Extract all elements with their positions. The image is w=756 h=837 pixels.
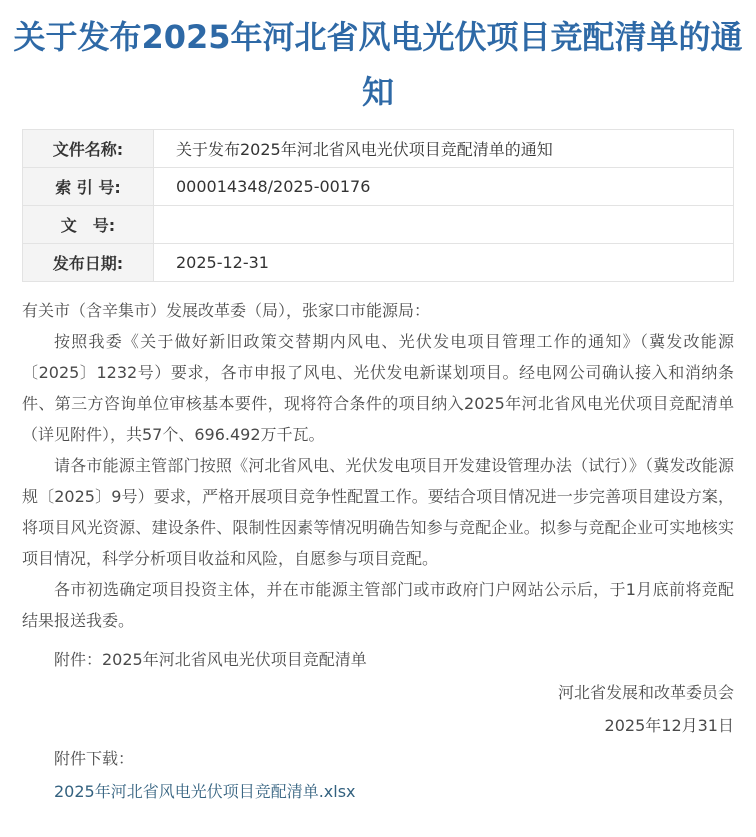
- document-meta-table: 文件名称: 关于发布2025年河北省风电光伏项目竞配清单的通知 索 引 号: 0…: [22, 129, 734, 282]
- body-paragraph: 请各市能源主管部门按照《河北省风电、光伏发电项目开发建设管理办法（试行）》（冀发…: [22, 450, 734, 574]
- table-row-file-name: 文件名称: 关于发布2025年河北省风电光伏项目竞配清单的通知: [23, 130, 734, 168]
- attachment-download-label: 附件下载：: [22, 742, 734, 775]
- index-number-label: 索 引 号:: [23, 168, 154, 206]
- document-body: 有关市（含辛集市）发展改革委（局），张家口市能源局： 按照我委《关于做好新旧政策…: [22, 295, 734, 808]
- attachment-file-link[interactable]: 2025年河北省风电光伏项目竞配清单.xlsx: [54, 782, 356, 801]
- issue-date: 2025年12月31日: [22, 709, 734, 742]
- body-paragraph: 按照我委《关于做好新旧政策交替期内风电、光伏发电项目管理工作的通知》（冀发改能源…: [22, 326, 734, 450]
- publish-date-label: 发布日期:: [23, 244, 154, 282]
- table-row-index-number: 索 引 号: 000014348/2025-00176: [23, 168, 734, 206]
- body-paragraph: 各市初选确定项目投资主体，并在市能源主管部门或市政府门户网站公示后，于1月底前将…: [22, 574, 734, 636]
- doc-number-label: 文 号:: [23, 206, 154, 244]
- index-number-value: 000014348/2025-00176: [154, 168, 734, 206]
- salutation-line: 有关市（含辛集市）发展改革委（局），张家口市能源局：: [22, 295, 734, 326]
- attachment-note-line: 附件：2025年河北省风电光伏项目竞配清单: [22, 643, 734, 676]
- file-name-value: 关于发布2025年河北省风电光伏项目竞配清单的通知: [154, 130, 734, 168]
- table-row-doc-number: 文 号:: [23, 206, 734, 244]
- table-row-publish-date: 发布日期: 2025-12-31: [23, 244, 734, 282]
- file-name-label: 文件名称:: [23, 130, 154, 168]
- page-title: 关于发布2025年河北省风电光伏项目竞配清单的通知: [10, 10, 746, 120]
- issuer-signature: 河北省发展和改革委员会: [22, 676, 734, 709]
- doc-number-value: [154, 206, 734, 244]
- attachment-download-row: 2025年河北省风电光伏项目竞配清单.xlsx: [22, 775, 734, 808]
- publish-date-value: 2025-12-31: [154, 244, 734, 282]
